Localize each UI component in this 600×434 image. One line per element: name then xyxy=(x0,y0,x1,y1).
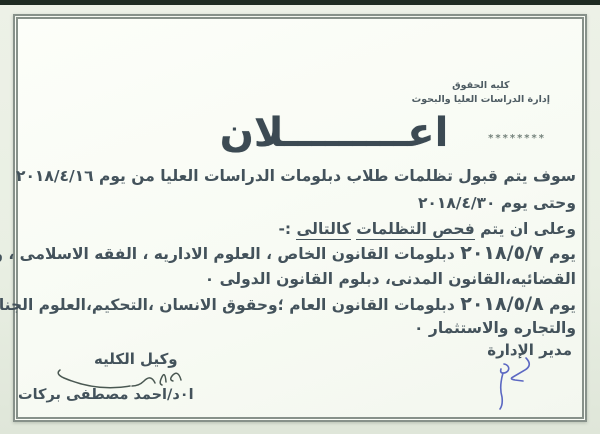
letterhead-department: إدارة الدراسات العليا والبحوث xyxy=(412,93,550,107)
stars-divider: ******** xyxy=(488,133,546,144)
body-line-3: وعلى ان يتم فحص التظلمات كالتالى :- xyxy=(278,220,576,238)
body-line-2: وحتى يوم ٢٠١٨/٤/٣٠ xyxy=(418,194,576,212)
line3-underlined-phrase: فحص التظلمات xyxy=(356,220,475,240)
letterhead-faculty: كليه الحقوق xyxy=(412,79,550,93)
body-line-1: سوف يتم قبول تظلمات طلاب دبلومات الدراسا… xyxy=(16,167,576,185)
body-line-5: القضائيه،القانون المدنى، دبلوم القانون ا… xyxy=(205,270,576,288)
letterhead: كليه الحقوق إدارة الدراسات العليا والبحو… xyxy=(412,79,550,107)
body-line-4: يوم ٢٠١٨/٥/٧ دبلومات القانون الخاص ، الع… xyxy=(0,242,576,264)
line6-date: ٢٠١٨/٥/٨ xyxy=(460,293,543,315)
vice-dean-name: ا٠د/احمد مصطفى بركات xyxy=(18,387,194,403)
body-line-7: والتجاره والاستثمار ٠ xyxy=(414,319,576,337)
scanned-announcement-page: كليه الحقوق إدارة الدراسات العليا والبحو… xyxy=(0,0,600,434)
line3-prefix: وعلى ان يتم xyxy=(475,220,576,238)
scanner-edge-band xyxy=(0,0,600,5)
director-handwritten-signature xyxy=(480,352,542,412)
line6-rest: دبلومات القانون العام ؛وحقوق الانسان ،ال… xyxy=(0,296,460,314)
page-title: اعـــــــــلان xyxy=(220,110,449,156)
line6-day-word: يوم xyxy=(544,296,576,314)
line3-underlined-word: كالتالى xyxy=(296,220,350,240)
line4-date: ٢٠١٨/٥/٧ xyxy=(460,242,543,264)
line4-rest: دبلومات القانون الخاص ، العلوم الاداريه … xyxy=(0,245,460,263)
body-line-6: يوم ٢٠١٨/٥/٨ دبلومات القانون العام ؛وحقو… xyxy=(0,293,576,315)
line4-day-word: يوم xyxy=(544,245,576,263)
line3-suffix: :- xyxy=(278,220,296,238)
